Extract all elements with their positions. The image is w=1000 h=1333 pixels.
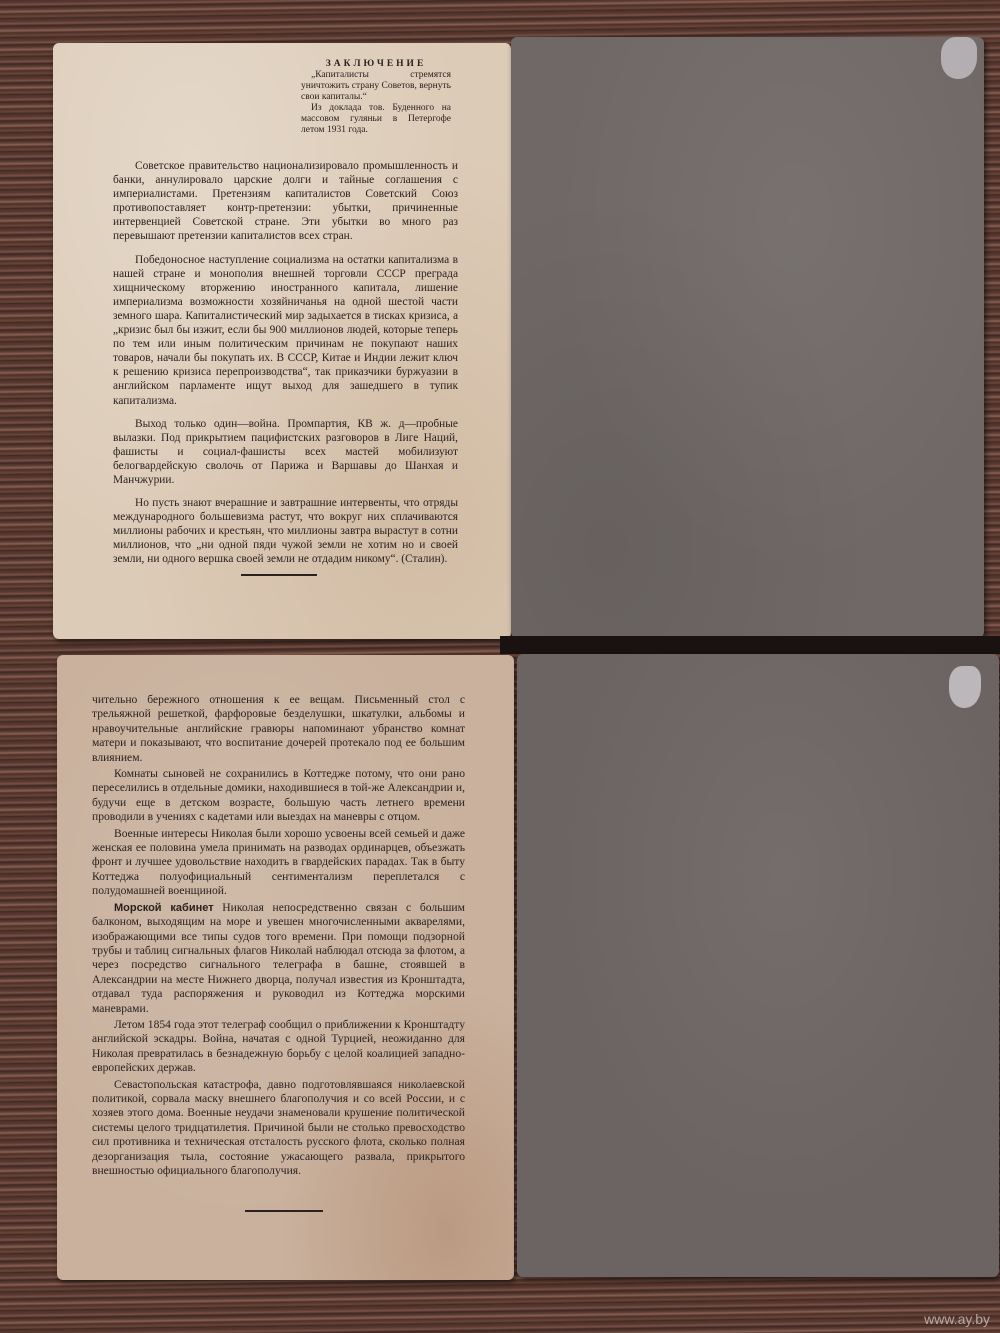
- epigraph-quote: „Капиталисты стремятся уничтожить страну…: [301, 70, 451, 103]
- end-rule: [245, 1210, 323, 1212]
- paper-stain: [949, 666, 981, 708]
- paragraph: Морской кабинет Николая непосредственно …: [92, 901, 465, 1016]
- paragraph: чительно бережного отношения к ее вещам.…: [92, 693, 465, 765]
- section-heading: ЗАКЛЮЧЕНИЕ: [301, 59, 451, 70]
- booklet-gap-shadow: [500, 636, 1000, 654]
- watermark: www.ay.by: [924, 1311, 990, 1327]
- bottom-left-page: чительно бережного отношения к ее вещам.…: [57, 655, 514, 1280]
- conclusion-heading-block: ЗАКЛЮЧЕНИЕ „Капиталисты стремятся уничто…: [301, 59, 451, 136]
- paper-stain: [941, 37, 977, 79]
- top-right-page: [511, 37, 984, 638]
- bottom-right-page: [517, 654, 999, 1277]
- paragraph: Комнаты сыновей не сохранились в Коттедж…: [92, 767, 465, 825]
- paragraph: Выход только один—война. Промпартия, КВ …: [113, 417, 458, 487]
- paragraph: Летом 1854 года этот телеграф сообщил о …: [92, 1018, 465, 1076]
- paragraph: Севастопольская катастрофа, давно подгот…: [92, 1078, 465, 1179]
- bottom-body-text: чительно бережного отношения к ее вещам.…: [92, 693, 465, 1180]
- epigraph: „Капиталисты стремятся уничтожить страну…: [301, 70, 451, 136]
- end-rule: [241, 574, 317, 576]
- paragraph: Советское правительство национализировал…: [113, 159, 458, 244]
- paragraph: Но пусть знают вчерашние и завтрашние ин…: [113, 496, 458, 566]
- epigraph-source: Из доклада тов. Буденного на массовом гу…: [301, 103, 451, 136]
- top-body-text: Советское правительство национализировал…: [113, 159, 458, 576]
- paragraph: Военные интересы Николая были хорошо усв…: [92, 827, 465, 899]
- top-left-page: ЗАКЛЮЧЕНИЕ „Капиталисты стремятся уничто…: [53, 43, 511, 639]
- paragraph: Победоносное наступление социализма на о…: [113, 253, 458, 408]
- bold-lead: Морской кабинет: [114, 902, 214, 914]
